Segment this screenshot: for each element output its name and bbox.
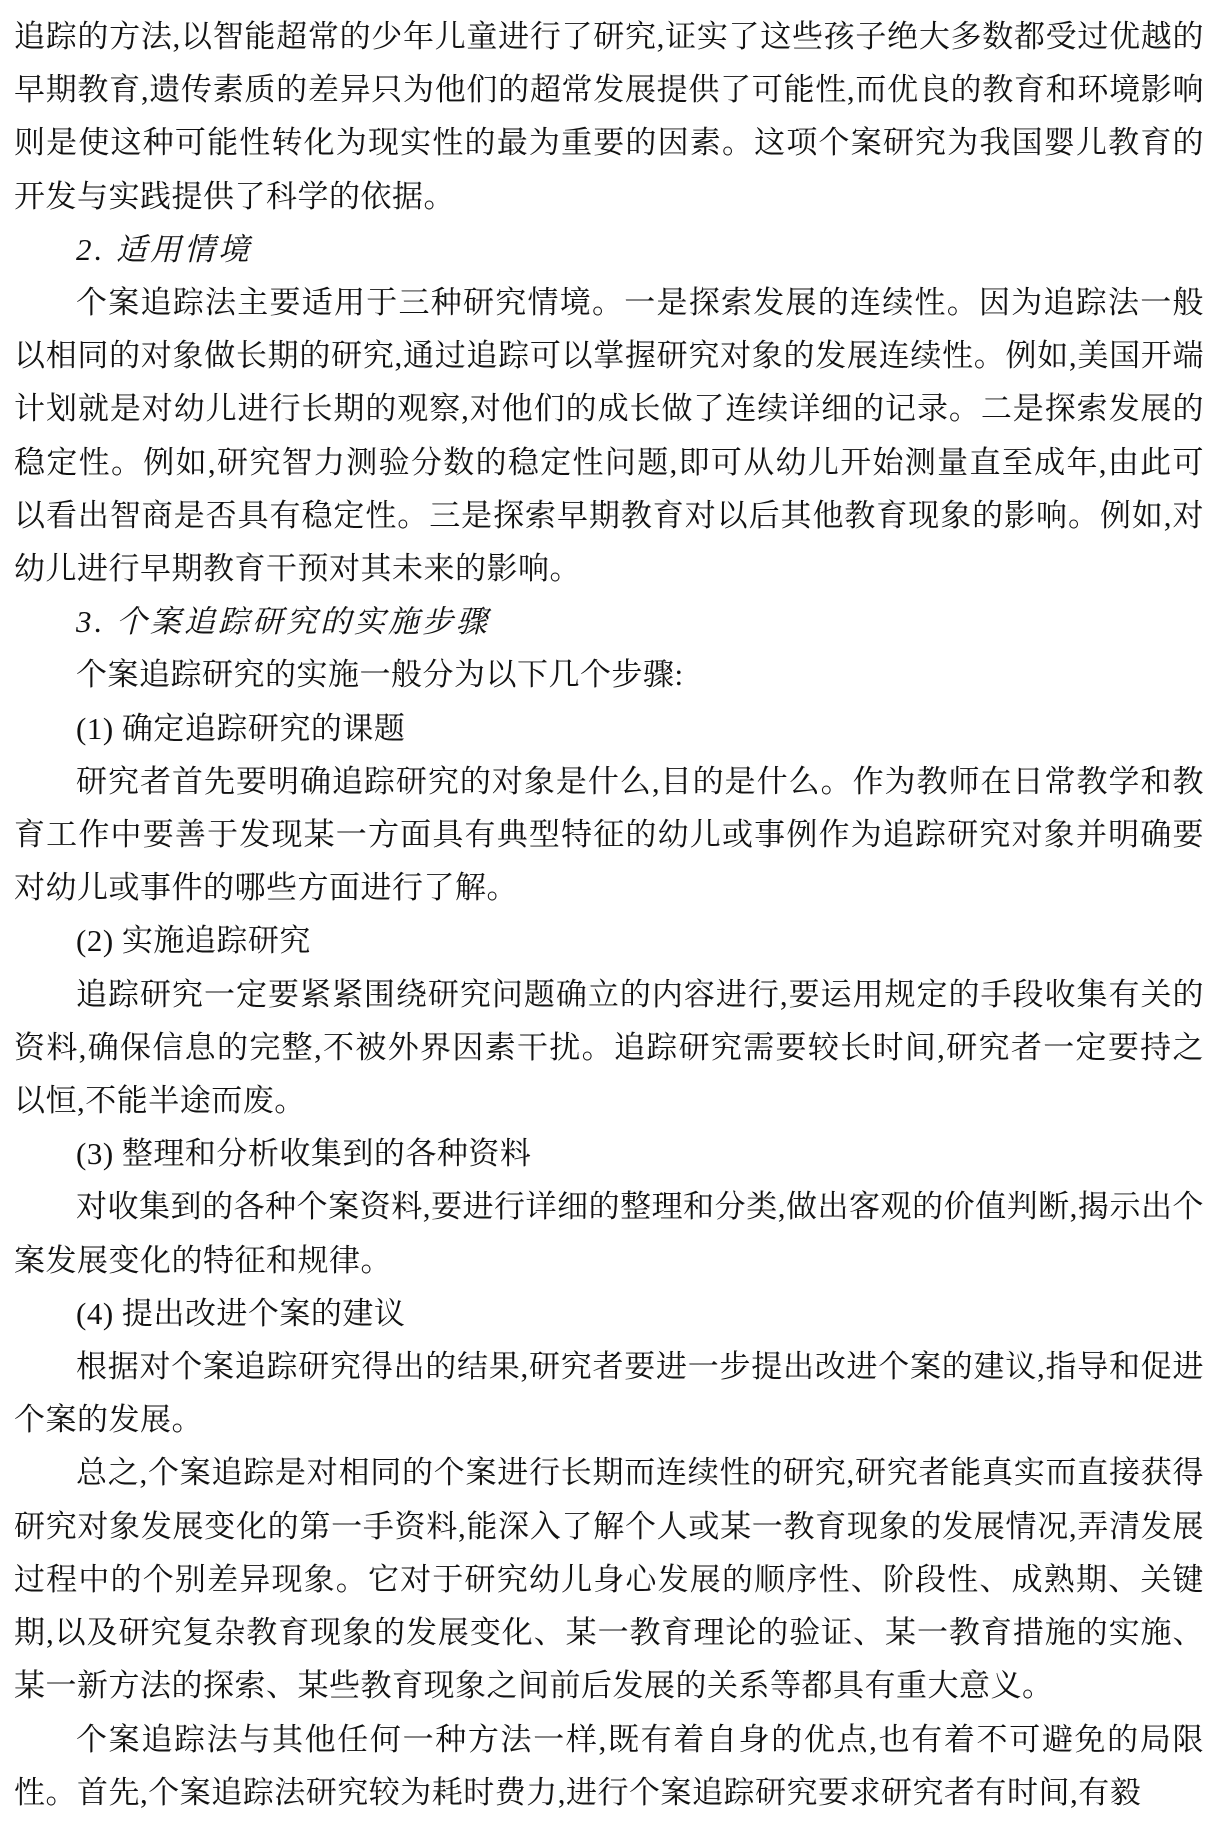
step-title-2: (2) 实施追踪研究 (14, 914, 1204, 967)
paragraph: 总之,个案追踪是对相同的个案进行长期而连续性的研究,研究者能真实而直接获得研究对… (14, 1446, 1204, 1712)
paragraph: 个案追踪法主要适用于三种研究情境。一是探索发展的连续性。因为追踪法一般以相同的对… (14, 276, 1204, 595)
section-heading-2: 2. 适用情境 (14, 223, 1204, 276)
paragraph: 个案追踪研究的实施一般分为以下几个步骤: (14, 648, 1204, 701)
paragraph-continuation: 追踪的方法,以智能超常的少年儿童进行了研究,证实了这些孩子绝大多数都受过优越的早… (14, 10, 1204, 223)
section-heading-3: 3. 个案追踪研究的实施步骤 (14, 595, 1204, 648)
paragraph: 研究者首先要明确追踪研究的对象是什么,目的是什么。作为教师在日常教学和教育工作中… (14, 755, 1204, 915)
step-title-4: (4) 提出改进个案的建议 (14, 1287, 1204, 1340)
paragraph: 根据对个案追踪研究得出的结果,研究者要进一步提出改进个案的建议,指导和促进个案的… (14, 1340, 1204, 1446)
step-title-1: (1) 确定追踪研究的课题 (14, 702, 1204, 755)
paragraph: 追踪研究一定要紧紧围绕研究问题确立的内容进行,要运用规定的手段收集有关的资料,确… (14, 968, 1204, 1128)
step-title-3: (3) 整理和分析收集到的各种资料 (14, 1127, 1204, 1180)
paragraph-clipped: 个案追踪法与其他任何一种方法一样,既有着自身的优点,也有着不可避免的局限性。首先… (14, 1713, 1204, 1819)
paragraph: 对收集到的各种个案资料,要进行详细的整理和分类,做出客观的价值判断,揭示出个案发… (14, 1180, 1204, 1286)
document-page: 追踪的方法,以智能超常的少年儿童进行了研究,证实了这些孩子绝大多数都受过优越的早… (0, 0, 1219, 1825)
